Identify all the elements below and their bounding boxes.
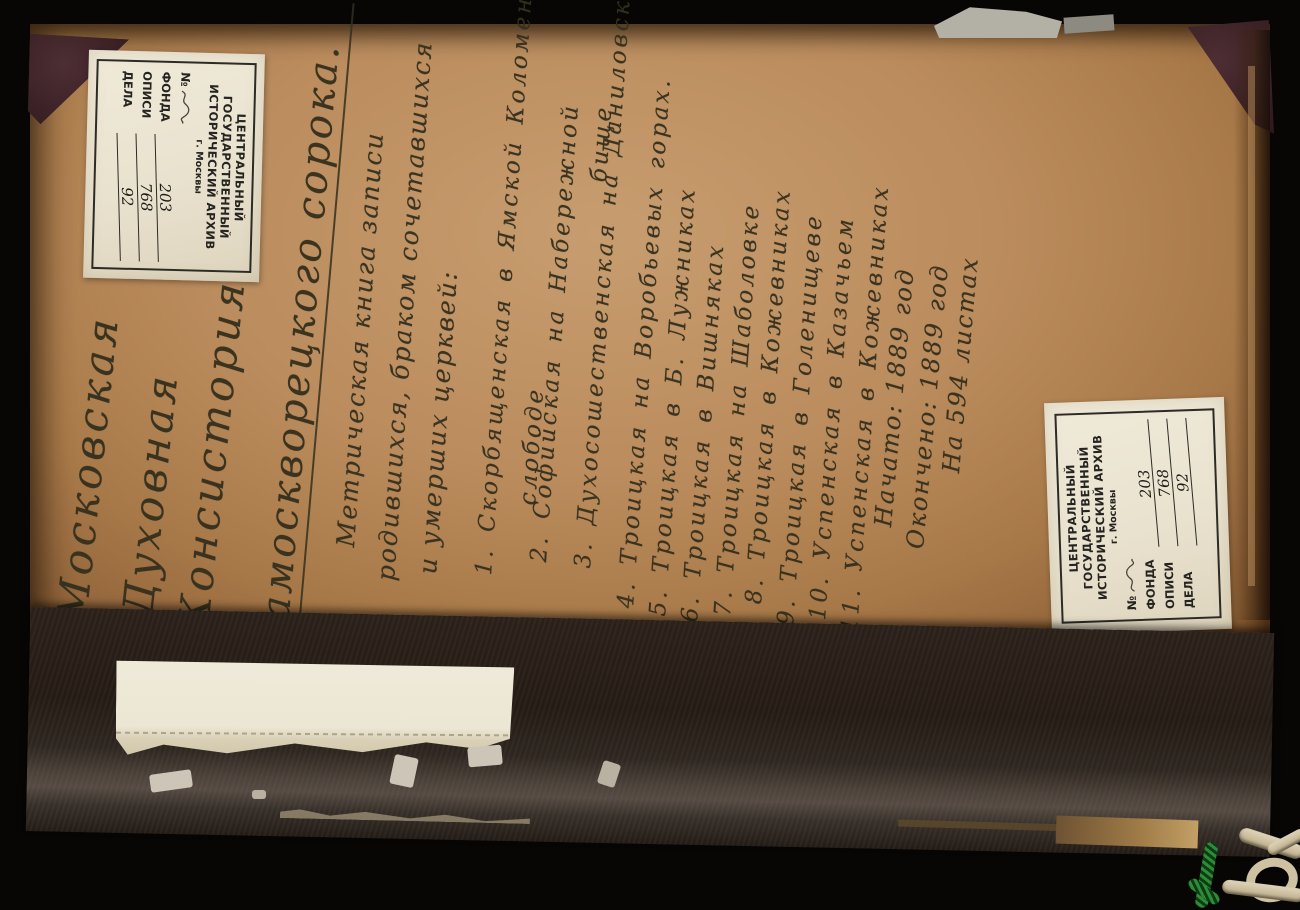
church-line-3-continuation: бище: [586, 104, 617, 183]
archive-stamp-box: ЦЕНТРАЛЬНЫЙ ГОСУДАРСТВЕННЫЙ ИСТОРИЧЕСКИЙ…: [1054, 408, 1221, 623]
paper-edge-sliver: [934, 6, 1062, 38]
stamp-field-label: ОПИСИ: [1161, 553, 1177, 609]
paint-speck: [467, 745, 503, 768]
stamp-field-label: ФОНДА: [158, 72, 173, 128]
numero-sign: №: [1124, 596, 1138, 611]
stamp-field-label: ДЕЛА: [1180, 552, 1196, 608]
archive-stamp-top-left: ЦЕНТРАЛЬНЫЙ ГОСУДАРСТВЕННЫЙ ИСТОРИЧЕСКИЙ…: [83, 50, 265, 283]
page-block-edge: [1056, 816, 1199, 849]
archive-stamp-right: ЦЕНТРАЛЬНЫЙ ГОСУДАРСТВЕННЫЙ ИСТОРИЧЕСКИЙ…: [1044, 397, 1232, 635]
numero-sign: №: [179, 72, 193, 87]
archive-stamp-box: ЦЕНТРАЛЬНЫЙ ГОСУДАРСТВЕННЫЙ ИСТОРИЧЕСКИЙ…: [91, 59, 256, 273]
handwritten-scribble-icon: [1124, 558, 1137, 592]
stamp-field-value: 92: [117, 133, 136, 261]
stamp-field-value: 768: [135, 133, 154, 261]
stamp-field-label: ОПИСИ: [139, 71, 154, 127]
stamp-field-label: ФОНДА: [1142, 553, 1158, 609]
stamp-field-value: 203: [154, 134, 173, 262]
handwritten-scribble-icon: [179, 91, 192, 125]
photo-backdrop: ЦЕНТРАЛЬНЫЙ ГОСУДАРСТВЕННЫЙ ИСТОРИЧЕСКИЙ…: [0, 0, 1300, 910]
stamp-field-label: ДЕЛА: [120, 71, 135, 127]
cover-right-edge-highlight: [1248, 66, 1255, 586]
paint-speck: [252, 790, 266, 799]
spine-label-crease: [116, 732, 514, 737]
